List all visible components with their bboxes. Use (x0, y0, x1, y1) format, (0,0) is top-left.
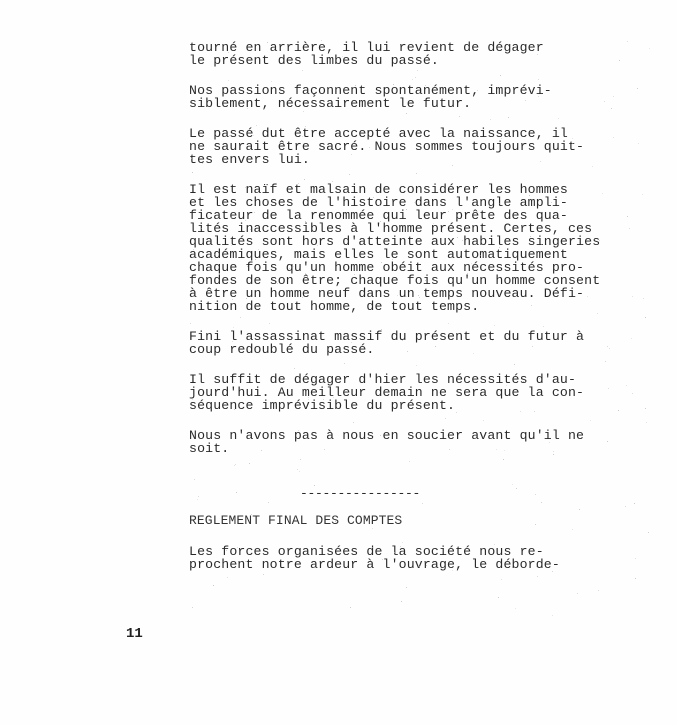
paper-speck (440, 432, 441, 433)
paper-speck (191, 158, 192, 159)
paper-speck (613, 137, 614, 138)
paper-speck (456, 412, 457, 413)
paper-speck (402, 542, 403, 543)
paper-speck (477, 90, 478, 91)
paper-speck (608, 388, 609, 389)
paper-speck (406, 209, 407, 210)
paper-speck (330, 57, 331, 58)
paper-speck (543, 326, 544, 327)
paper-speck (422, 503, 423, 504)
paper-speck (298, 430, 299, 431)
paragraph: Nos passions façonnent spontanément, imp… (189, 84, 629, 110)
paper-speck (237, 547, 238, 548)
paper-speck (346, 101, 347, 102)
paper-speck (202, 163, 203, 164)
paper-speck (531, 305, 532, 306)
paper-speck (406, 113, 407, 114)
paper-speck (314, 485, 315, 486)
paper-speck (541, 244, 542, 245)
paper-speck (229, 135, 230, 136)
paper-speck (598, 590, 599, 591)
paper-speck (406, 587, 407, 588)
paragraph: Fini l'assassinat massif du présent et d… (189, 330, 629, 356)
paper-speck (632, 296, 633, 297)
paper-speck (538, 79, 539, 80)
paper-speck (645, 317, 646, 318)
paper-speck (263, 574, 264, 575)
paper-speck (230, 162, 231, 163)
paper-speck (602, 193, 603, 194)
paper-speck (201, 228, 202, 229)
paper-speck (255, 259, 256, 260)
paper-speck (353, 422, 354, 423)
paper-speck (551, 202, 552, 203)
paper-speck (449, 449, 450, 450)
paper-speck (401, 601, 402, 602)
text-line: Nous n'avons pas à nous en soucier avant… (189, 429, 629, 442)
paper-speck (289, 268, 290, 269)
paper-speck (236, 492, 237, 493)
paper-speck (302, 136, 303, 137)
paper-speck (245, 561, 246, 562)
paper-speck (267, 42, 268, 43)
paper-speck (293, 266, 294, 267)
paper-speck (261, 450, 262, 451)
paper-speck (523, 226, 524, 227)
paper-speck (242, 230, 243, 231)
text-line: séquence imprévisible du présent. (189, 399, 629, 412)
paper-speck (433, 223, 434, 224)
paper-speck (504, 450, 505, 451)
paper-speck (308, 397, 309, 398)
page-number: 11 (126, 626, 143, 642)
paper-speck (380, 435, 381, 436)
paper-speck (351, 342, 352, 343)
text-line: nition de tout homme, de tout temps. (189, 300, 629, 313)
paper-speck (247, 266, 248, 267)
text-line: soit. (189, 442, 629, 455)
paragraph: Il suffit de dégager d'hier les nécessit… (189, 373, 629, 412)
paper-speck (402, 340, 403, 341)
paper-speck (234, 382, 235, 383)
paper-speck (323, 399, 324, 400)
paper-speck (392, 259, 393, 260)
section-separator: ---------------- (300, 486, 420, 501)
paper-speck (553, 454, 554, 455)
paper-speck (452, 209, 453, 210)
paper-speck (213, 585, 214, 586)
paper-speck (506, 385, 507, 386)
paper-speck (592, 166, 593, 167)
paper-speck (304, 179, 305, 180)
paper-speck (253, 135, 254, 136)
paper-speck (457, 237, 458, 238)
paper-speck (448, 211, 449, 212)
paper-speck (501, 138, 502, 139)
paper-speck (192, 607, 193, 608)
paper-speck (232, 299, 233, 300)
text-line: le présent des limbes du passé. (189, 54, 629, 67)
paper-speck (297, 469, 298, 470)
paper-speck (419, 297, 420, 298)
paper-speck (308, 399, 309, 400)
paper-speck (473, 353, 474, 354)
paper-speck (452, 570, 453, 571)
paper-speck (192, 172, 193, 173)
paper-speck (634, 503, 635, 504)
paper-speck (349, 174, 350, 175)
paper-speck (418, 295, 419, 296)
paper-speck (303, 111, 304, 112)
paper-speck (369, 147, 370, 148)
paper-speck (404, 186, 405, 187)
paper-speck (317, 245, 318, 246)
paper-speck (599, 240, 600, 241)
paper-speck (235, 464, 236, 465)
paper-speck (415, 77, 416, 78)
paper-speck (546, 244, 547, 245)
paper-speck (637, 88, 638, 89)
paper-speck (416, 365, 417, 366)
paper-speck (494, 544, 495, 545)
paper-speck (627, 41, 628, 42)
paper-speck (492, 84, 493, 85)
paper-speck (271, 81, 272, 82)
paper-speck (626, 385, 627, 386)
paper-speck (226, 550, 227, 551)
paper-speck (642, 194, 643, 195)
paper-speck (536, 566, 537, 567)
paper-speck (414, 202, 415, 203)
section-paragraph: Les forces organisées de la société nous… (189, 545, 560, 571)
paper-speck (271, 431, 272, 432)
paper-speck (194, 282, 195, 283)
paper-speck (198, 146, 199, 147)
paper-speck (351, 154, 352, 155)
paper-speck (268, 502, 269, 503)
paper-speck (494, 325, 495, 326)
paper-speck (483, 420, 484, 421)
paper-speck (379, 205, 380, 206)
paper-speck (604, 101, 605, 102)
paper-speck (552, 571, 553, 572)
paper-speck (540, 161, 541, 162)
paper-speck (372, 547, 373, 548)
paper-speck (618, 410, 619, 411)
paper-speck (192, 399, 193, 400)
paper-speck (537, 54, 538, 55)
paper-speck (296, 212, 297, 213)
paper-speck (648, 532, 649, 533)
paper-speck (471, 263, 472, 264)
paper-speck (256, 125, 257, 126)
paper-speck (523, 381, 524, 382)
paper-speck (579, 509, 580, 510)
paper-speck (373, 197, 374, 198)
paper-speck (299, 471, 300, 472)
paper-speck (380, 221, 381, 222)
text-line: siblement, nécessairement le futur. (189, 97, 629, 110)
paper-speck (590, 420, 591, 421)
paper-speck (298, 183, 299, 184)
paper-speck (535, 494, 536, 495)
paper-speck (393, 84, 394, 85)
paper-speck (613, 96, 614, 97)
paper-speck (537, 576, 538, 577)
paper-speck (305, 273, 306, 274)
paper-speck (197, 499, 198, 500)
paper-speck (249, 463, 250, 464)
paper-speck (321, 40, 322, 41)
paper-speck (605, 361, 606, 362)
paper-speck (572, 138, 573, 139)
paper-speck (476, 188, 477, 189)
paper-speck (629, 228, 630, 229)
paper-speck (492, 340, 493, 341)
paper-speck (619, 60, 620, 61)
paper-speck (500, 75, 501, 76)
paper-speck (300, 459, 301, 460)
paper-speck (397, 295, 398, 296)
paper-speck (631, 338, 632, 339)
paper-speck (541, 502, 542, 503)
paper-speck (609, 348, 610, 349)
body-text: tourné en arrière, il lui revient de dég… (189, 41, 629, 472)
paper-speck (503, 459, 504, 460)
text-line: coup redoublé du passé. (189, 343, 629, 356)
paper-speck (333, 397, 334, 398)
paper-speck (635, 578, 636, 579)
paper-speck (350, 607, 351, 608)
paper-speck (332, 181, 333, 182)
paper-speck (572, 529, 573, 530)
text-line: tes envers lui. (189, 153, 629, 166)
paper-speck (354, 274, 355, 275)
paper-speck (355, 85, 356, 86)
paper-speck (534, 411, 535, 412)
paper-speck (198, 496, 199, 497)
paper-speck (442, 232, 443, 233)
paragraph: Le passé dut être accepté avec la naissa… (189, 127, 629, 166)
paper-speck (394, 552, 395, 553)
paper-speck (467, 273, 468, 274)
paper-speck (535, 524, 536, 525)
paper-speck (240, 317, 241, 318)
paper-speck (498, 597, 499, 598)
paper-speck (587, 296, 588, 297)
paper-speck (324, 449, 325, 450)
paper-speck (516, 488, 517, 489)
paper-speck (514, 364, 515, 365)
paper-speck (305, 126, 306, 127)
paper-speck (451, 146, 452, 147)
paper-speck (525, 100, 526, 101)
paper-speck (549, 442, 550, 443)
paper-speck (342, 56, 343, 57)
paper-speck (412, 79, 413, 80)
paper-speck (258, 249, 259, 250)
paper-speck (193, 249, 194, 250)
paper-speck (190, 323, 191, 324)
paper-speck (381, 262, 382, 263)
paper-speck (538, 96, 539, 97)
paper-speck (649, 48, 650, 49)
paper-speck (462, 240, 463, 241)
paper-speck (577, 593, 578, 594)
paper-speck (400, 546, 401, 547)
paper-speck (490, 119, 491, 120)
paper-speck (417, 70, 418, 71)
paper-speck (227, 577, 228, 578)
paper-speck (234, 409, 235, 410)
paper-speck (228, 52, 229, 53)
paper-speck (295, 215, 296, 216)
paper-speck (435, 346, 436, 347)
paper-speck (216, 189, 217, 190)
paper-speck (214, 254, 215, 255)
paper-speck (532, 346, 533, 347)
paper-speck (638, 143, 639, 144)
paper-speck (254, 212, 255, 213)
paper-speck (246, 298, 247, 299)
paper-speck (529, 195, 530, 196)
paper-speck (499, 203, 500, 204)
paper-speck (416, 173, 417, 174)
paper-speck (452, 165, 453, 166)
paper-speck (448, 323, 449, 324)
paper-speck (515, 608, 516, 609)
paper-speck (269, 323, 270, 324)
paper-speck (245, 187, 246, 188)
paper-speck (232, 341, 233, 342)
paper-speck (372, 528, 373, 529)
paper-speck (252, 47, 253, 48)
paper-speck (228, 80, 229, 81)
paper-speck (627, 216, 628, 217)
paper-speck (512, 484, 513, 485)
paper-speck (421, 407, 422, 408)
paper-speck (418, 283, 419, 284)
paper-speck (233, 327, 234, 328)
paper-speck (397, 92, 398, 93)
paper-speck (480, 255, 481, 256)
paper-speck (426, 565, 427, 566)
paper-speck (501, 579, 502, 580)
paper-speck (245, 220, 246, 221)
paper-speck (222, 283, 223, 284)
paper-speck (597, 313, 598, 314)
paper-speck (643, 298, 644, 299)
paragraph: tourné en arrière, il lui revient de dég… (189, 41, 629, 67)
paper-speck (403, 131, 404, 132)
paper-speck (459, 116, 460, 117)
paper-speck (496, 449, 497, 450)
paper-speck (251, 514, 252, 515)
paper-speck (305, 221, 306, 222)
paper-speck (552, 615, 553, 616)
paper-speck (611, 108, 612, 109)
paper-speck (625, 506, 626, 507)
paper-speck (194, 479, 195, 480)
paper-speck (425, 85, 426, 86)
paper-speck (393, 92, 394, 93)
paper-speck (335, 521, 336, 522)
paper-speck (646, 422, 647, 423)
paper-speck (558, 118, 559, 119)
paper-speck (247, 108, 248, 109)
paper-speck (294, 368, 295, 369)
paper-speck (520, 411, 521, 412)
text-line: prochent notre ardeur à l'ouvrage, le dé… (189, 558, 560, 571)
paper-speck (302, 297, 303, 298)
paper-speck (530, 236, 531, 237)
paper-speck (376, 518, 377, 519)
paper-speck (557, 238, 558, 239)
paper-speck (445, 418, 446, 419)
paper-speck (231, 245, 232, 246)
paper-speck (277, 283, 278, 284)
paper-speck (203, 351, 204, 352)
paper-speck (302, 70, 303, 71)
paper-speck (406, 296, 407, 297)
paper-speck (607, 441, 608, 442)
paper-speck (407, 351, 408, 352)
paper-speck (553, 451, 554, 452)
paragraph: Nous n'avons pas à nous en soucier avant… (189, 429, 629, 455)
paper-speck (381, 329, 382, 330)
paper-speck (267, 200, 268, 201)
typewritten-page: tourné en arrière, il lui revient de dég… (0, 0, 677, 725)
paragraph: Il est naïf et malsain de considérer les… (189, 183, 629, 313)
paper-speck (539, 378, 540, 379)
paper-speck (635, 558, 636, 559)
paper-speck (508, 117, 509, 118)
paper-speck (499, 247, 500, 248)
paper-speck (632, 393, 633, 394)
paper-speck (344, 363, 345, 364)
paper-speck (645, 408, 646, 409)
paper-speck (425, 280, 426, 281)
paper-speck (419, 566, 420, 567)
paper-speck (250, 229, 251, 230)
paper-speck (231, 217, 232, 218)
section-heading: REGLEMENT FINAL DES COMPTES (189, 513, 402, 528)
paper-speck (382, 559, 383, 560)
paper-speck (572, 143, 573, 144)
paper-speck (409, 461, 410, 462)
